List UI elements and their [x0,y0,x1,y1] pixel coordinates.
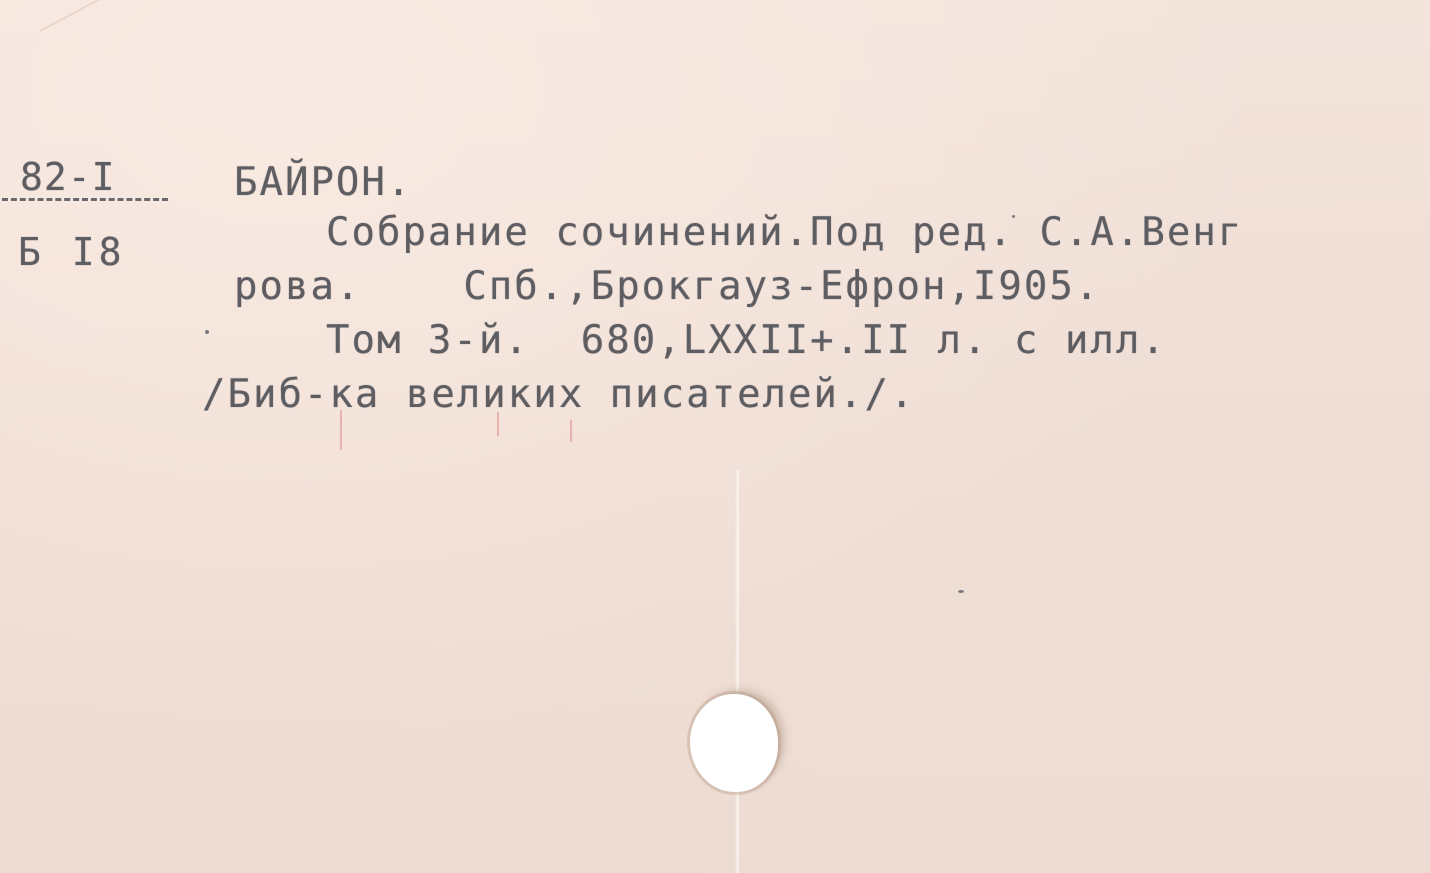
call-number-classification: 82-I [20,155,116,199]
red-pencil-mark [497,412,499,436]
call-number-author-mark: Б I8 [18,230,126,274]
series-line: /Биб-ка великих писателей./. [202,372,915,417]
catalogue-card: 82-I Б I8 БАЙРОН. Собрание сочинений.Под… [0,0,1430,873]
author-heading: БАЙРОН. [234,160,412,205]
title-line: Собрание сочинений.Под ред. С.А.Венг [326,210,1243,255]
paper-crease [40,0,156,32]
imprint-line: рова. Спб.,Брокгауз-Ефрон,I905. [234,264,1100,309]
volume-pagination-line: Том 3-й. 680,LXXII+.II л. с илл. [326,318,1167,363]
call-number-divider [2,198,168,201]
red-pencil-mark [570,420,572,442]
ink-speck [1012,215,1015,218]
ink-speck [958,590,964,593]
punch-hole [690,694,778,792]
ink-speck [205,330,209,334]
red-pencil-mark [340,410,342,450]
paper-fold-line [735,470,740,873]
